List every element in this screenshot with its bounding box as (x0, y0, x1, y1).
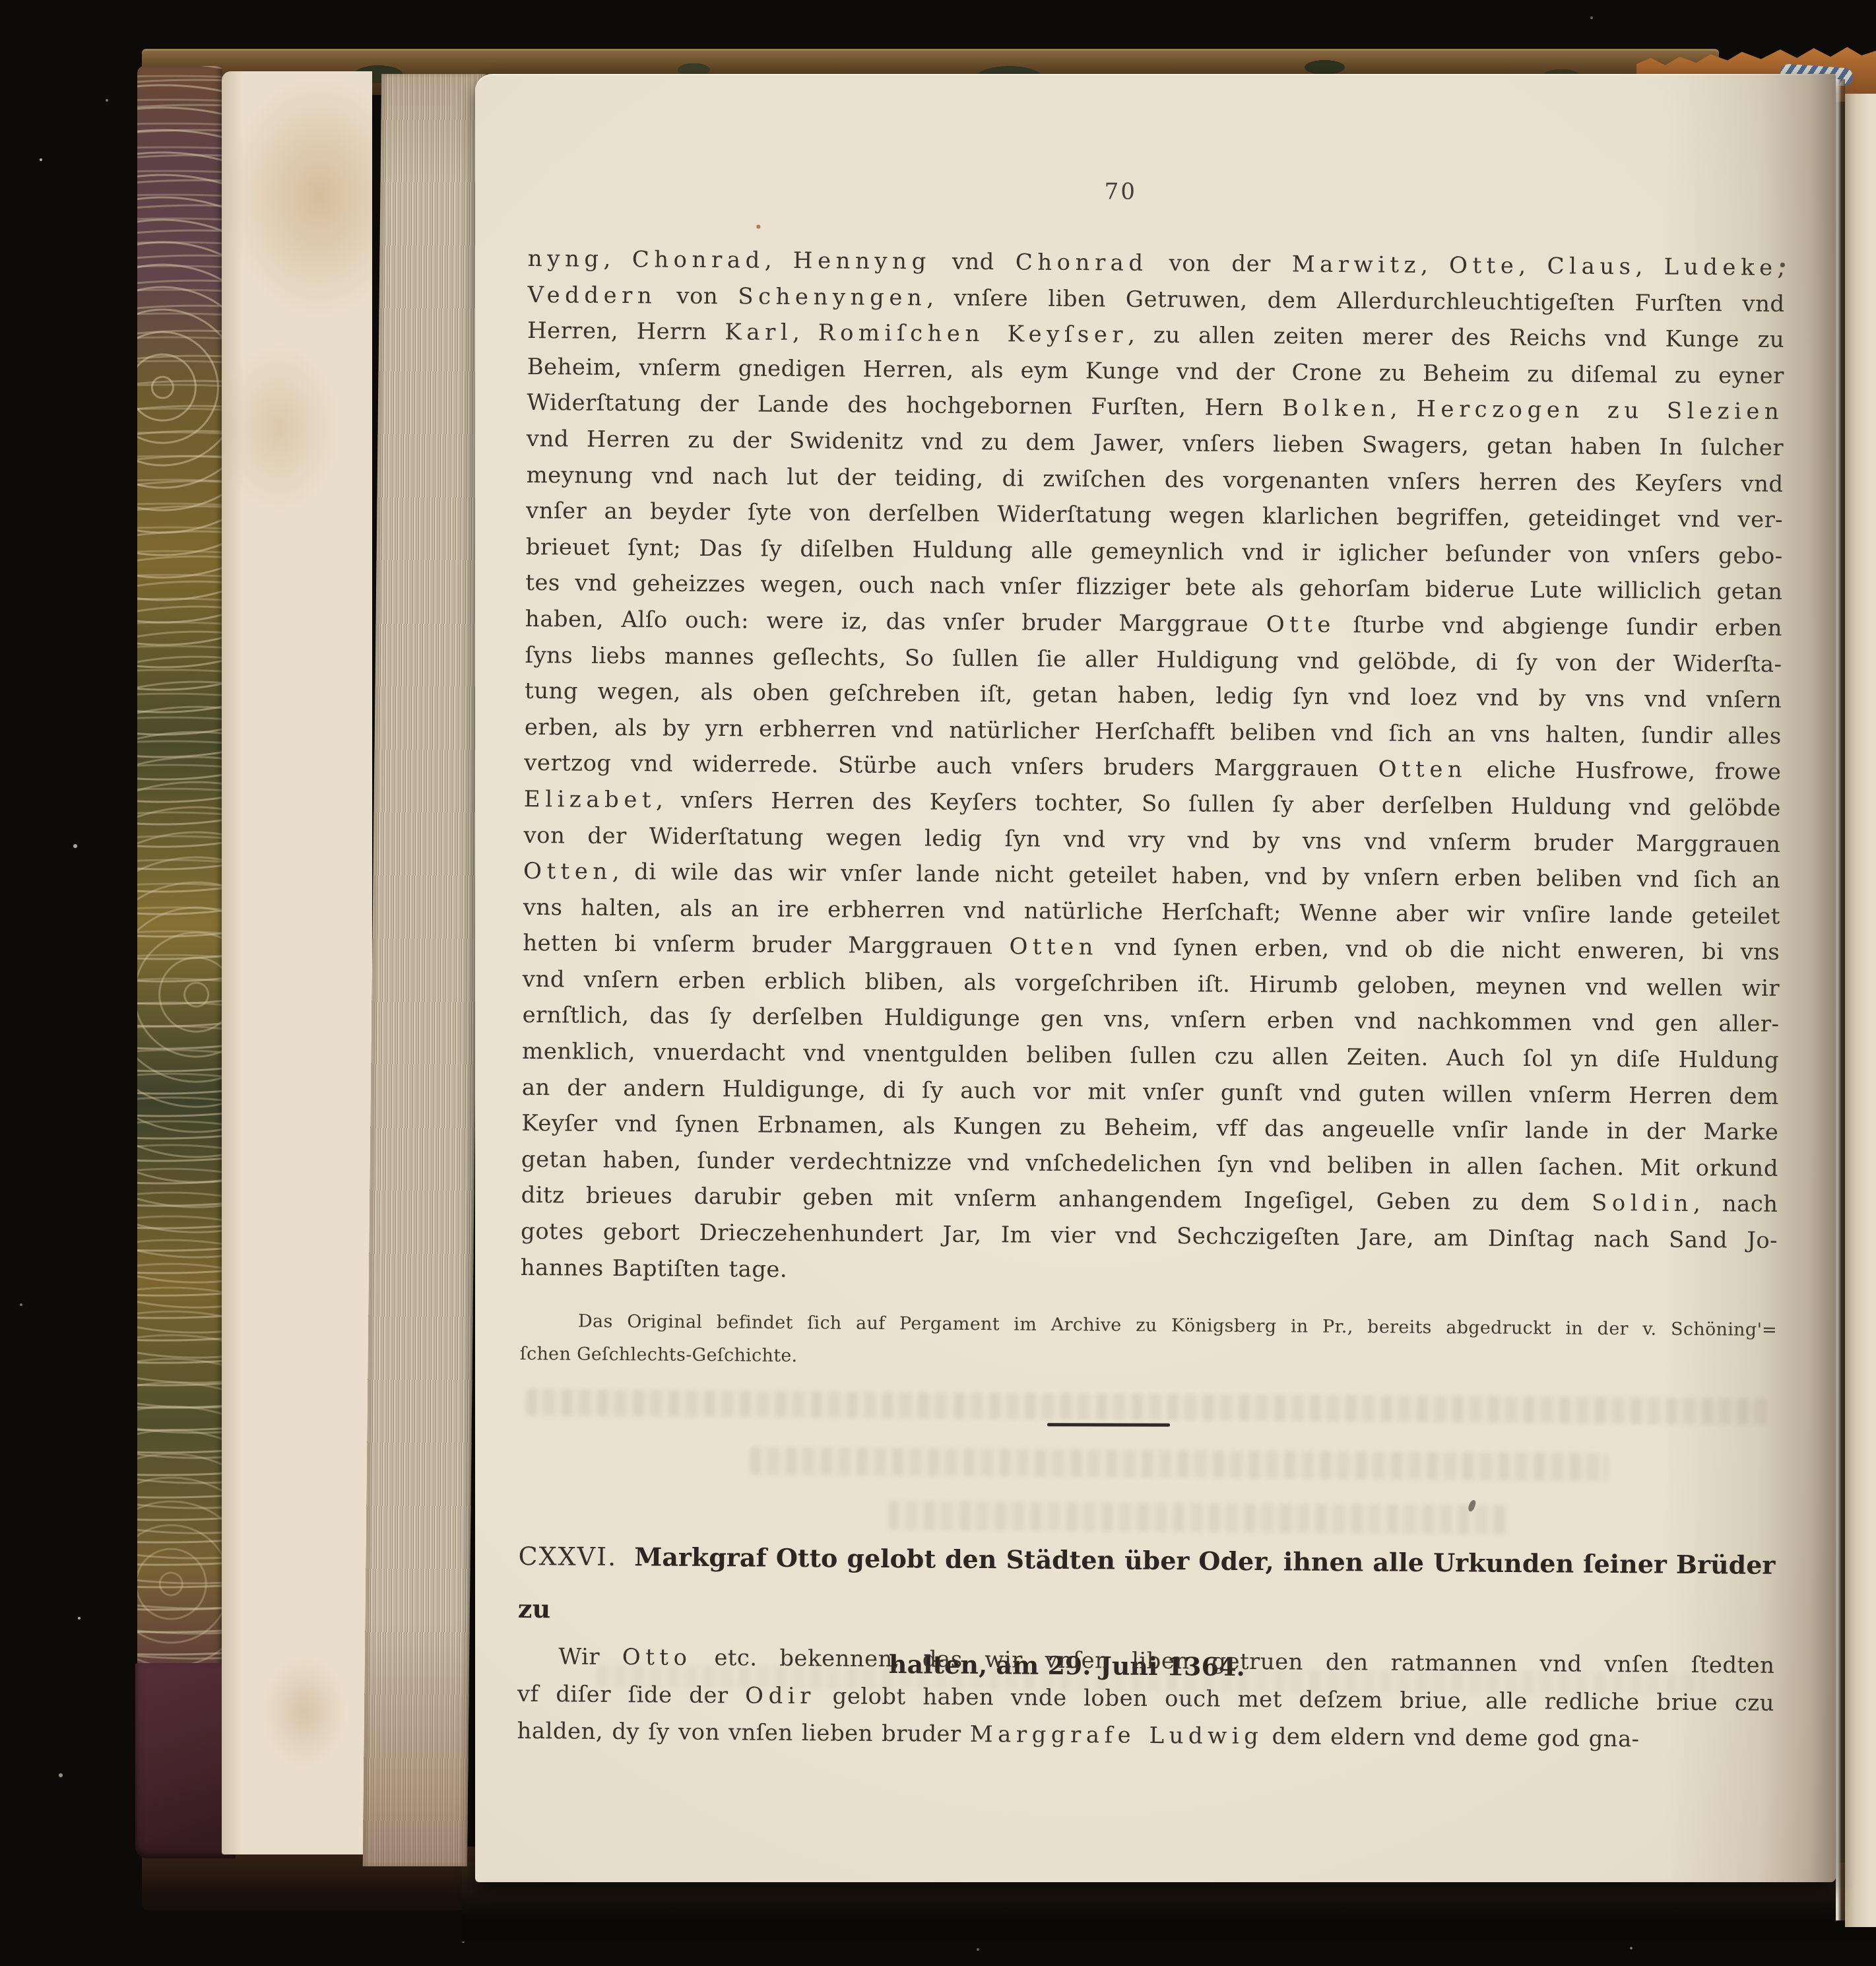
letterspaced-name: Romiſchen Keyſser (818, 319, 1128, 348)
letterspaced-name: Marwitz (1292, 251, 1421, 278)
scanned-book-photograph: 70 nyng, Chonrad, Hennyng vnd Chonrad vo… (0, 0, 1876, 1966)
letterspaced-name: Otto (622, 1644, 692, 1671)
page-content: 70 nyng, Chonrad, Hennyng vnd Chonrad vo… (516, 74, 1786, 1891)
next-page-edge (1845, 94, 1876, 1927)
letterspaced-name: Bolken (1282, 395, 1390, 422)
letterspaced-name: Otten (1378, 756, 1468, 783)
charter-cxxvi-text: Wir Otto etc. bekennen, das wir vnſen li… (517, 1638, 1774, 1759)
letterspaced-name: nyng (528, 246, 604, 273)
letterspaced-name: Soldin (1592, 1190, 1693, 1217)
book-page: 70 nyng, Chonrad, Hennyng vnd Chonrad vo… (475, 74, 1836, 1882)
provenance-note: Das Original befindet ſich auf Pergament… (520, 1305, 1778, 1380)
charter-cxxvi-title-line1: CXXVI.Markgraf Otto gelobt den Städten ü… (518, 1530, 1776, 1645)
letterspaced-name: Elizabet (524, 786, 656, 813)
cover-corner-leather (135, 1663, 236, 1858)
bleed-through-smudge (750, 1447, 1607, 1482)
letterspaced-name: Otte (1266, 611, 1336, 638)
paper-fleck (1780, 263, 1785, 267)
letterspaced-name: Otten (1009, 934, 1098, 961)
marbled-cover-edge (137, 66, 222, 1852)
letterspaced-name: Herczogen zu Slezien (1416, 396, 1784, 425)
gutter-crease (1836, 79, 1845, 1920)
page-fore-edge-stack (363, 74, 486, 1866)
letterspaced-name: Claus (1547, 253, 1635, 280)
letterspaced-name: Veddern (527, 282, 657, 309)
bleed-through-smudge (526, 1389, 1766, 1425)
charter-cxxv-text: nyng, Chonrad, Hennyng vnd Chonrad von d… (521, 241, 1786, 1295)
bleed-through-smudge (888, 1501, 1508, 1534)
letterspaced-name: Ludeke (1664, 254, 1778, 281)
letterspaced-name: Hennyng (793, 247, 931, 275)
scanner-dust-speckles (40, 158, 42, 161)
charter-title-text: Markgraf Otto gelobt den Städten über Od… (518, 1542, 1776, 1623)
page-number: 70 (529, 174, 1786, 210)
letterspaced-name: Odir (745, 1682, 816, 1709)
letterspaced-name: Otten (523, 858, 612, 885)
letterspaced-name: Chonrad (632, 246, 765, 273)
letterspaced-name: Marggrafe Ludwig (970, 1721, 1264, 1750)
letterspaced-name: Karl (725, 319, 792, 346)
letterspaced-name: Otte (1449, 252, 1519, 279)
paper-fleck (756, 225, 760, 229)
charter-number: CXXVI. (518, 1542, 617, 1571)
letterspaced-name: Chonrad (1016, 249, 1148, 276)
letterspaced-name: Schenyngen (738, 283, 926, 311)
flyleaf-edge (222, 71, 372, 1854)
section-divider-rule (1047, 1423, 1170, 1426)
